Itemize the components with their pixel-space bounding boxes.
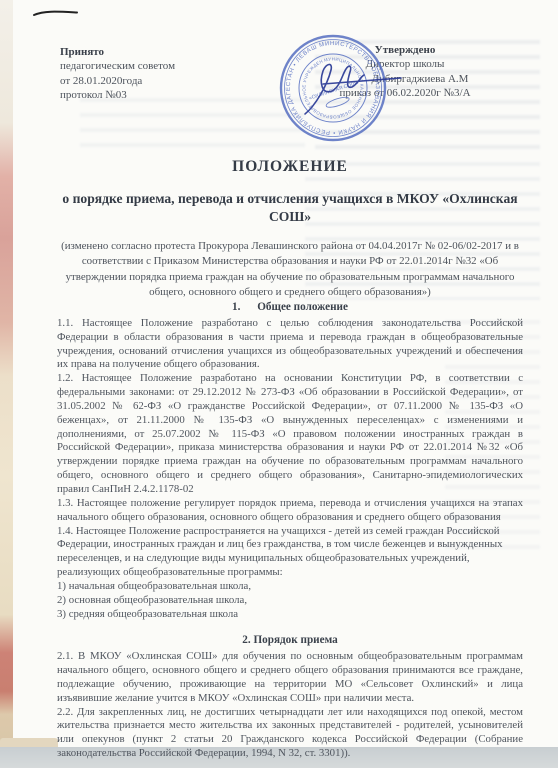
adopted-label: Принято: [60, 45, 270, 59]
pen-mark: [30, 7, 82, 21]
scan-edge-left: [0, 0, 13, 768]
paragraph-1-2: 1.2. Настоящее Положение разработано на …: [57, 372, 523, 497]
paragraph-1-3: 1.3. Настоящее положение регулирует поря…: [57, 497, 523, 525]
paragraph-2-1: 2.1. В МКОУ «Охлинская СОШ» для обучения…: [57, 650, 523, 705]
adopted-date-line: от 28.01.2020года: [60, 74, 270, 88]
scanned-document-viewport: { "colors": { "stamp_blue": "#5b73c3", "…: [0, 0, 558, 768]
program-list-item-3: 3) средняя общеобразовательная школа: [57, 608, 523, 622]
program-list-item-2: 2) основная общеобразовательная школа,: [57, 594, 523, 608]
section-2-heading: 2. Порядок приема: [57, 634, 523, 648]
document-subtitle: о порядке приема, перевода и отчисления …: [57, 190, 523, 225]
signature: [293, 54, 423, 120]
paragraph-2-2: 2.2. Для закрепленных лиц, не достигших …: [57, 706, 523, 761]
document-body: 1. Общее положение 1.1. Настоящее Положе…: [57, 301, 523, 761]
adoption-block: Принято педагогическим советом от 28.01.…: [60, 45, 270, 102]
paragraph-1-4: 1.4. Настоящее Положение распространяетс…: [57, 525, 523, 580]
paragraph-1-1: 1.1. Настоящее Положение разработано с ц…: [57, 317, 523, 372]
program-list-item-1: 1) начальная общеобразовательная школа,: [57, 580, 523, 594]
protocol-line: протокол №03: [60, 88, 270, 102]
document-title: ПОЛОЖЕНИЕ: [57, 158, 523, 176]
adopted-by-line: педагогическим советом: [60, 59, 270, 73]
amendment-note: (изменено согласно протеста Прокурора Ле…: [57, 239, 523, 300]
section-1-heading: 1. Общее положение: [57, 301, 523, 315]
